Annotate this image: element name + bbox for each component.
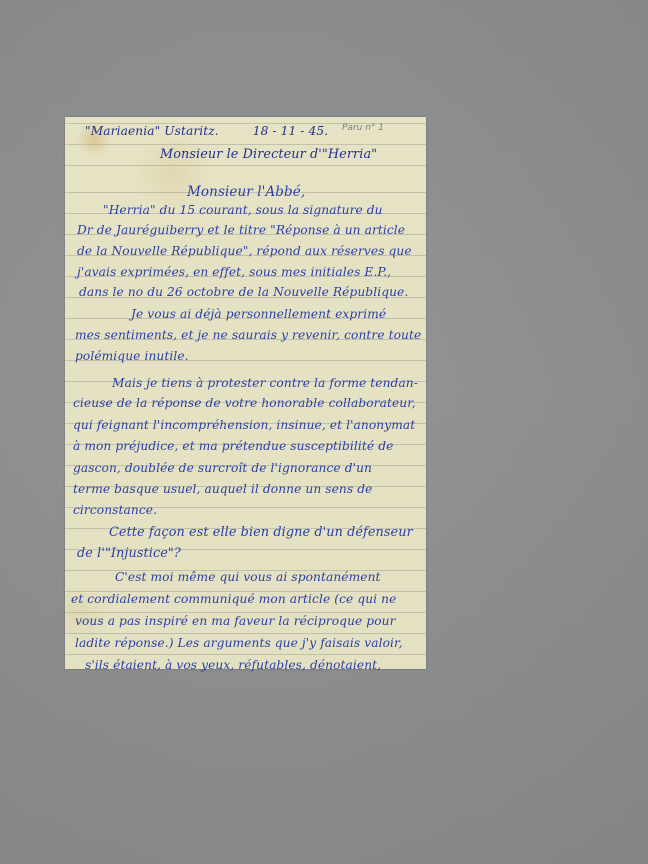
body-line: s'ils étaient, à vos yeux, réfutables, d… — [85, 658, 426, 672]
body-line: dans le no du 26 octobre de la Nouvelle … — [79, 285, 426, 299]
body-line: et cordialement communiqué mon article (… — [71, 592, 426, 606]
body-line: qui feignant l'incompréhension, insinue,… — [73, 418, 426, 432]
salutation: Monsieur l'Abbé, — [187, 184, 426, 200]
letter-date: 18 - 11 - 45. — [253, 124, 328, 138]
body-line: terme basque usuel, auquel il donne un s… — [73, 482, 426, 496]
sender-location: "Mariaenia" Ustaritz. — [85, 124, 219, 138]
body-line: ladite réponse.) Les arguments que j'y f… — [75, 636, 426, 650]
body-line: mes sentiments, et je ne saurais y reven… — [75, 328, 426, 342]
body-line: polémique inutile. — [75, 349, 426, 363]
body-line: à mon préjudice, et ma prétendue suscept… — [73, 439, 426, 453]
body-line: "Herria" du 15 courant, sous la signatur… — [103, 203, 426, 217]
letter-header: "Mariaenia" Ustaritz. 18 - 11 - 45. — [85, 124, 426, 138]
body-line: cieuse de la réponse de votre honorable … — [73, 396, 426, 410]
body-line: Mais je tiens à protester contre la form… — [112, 376, 426, 390]
body-line: j'avais exprimées, en effet, sous mes in… — [77, 265, 426, 279]
body-line: de la Nouvelle République", répond aux r… — [77, 244, 426, 258]
body-line: de l'"Injustice"? — [77, 546, 426, 561]
body-line: vous a pas inspiré en ma faveur la récip… — [75, 614, 426, 628]
letter-sheet: Paru n° 1 "Mariaenia" Ustaritz. 18 - 11 … — [65, 117, 426, 669]
body-line: Cette façon est elle bien digne d'un déf… — [109, 525, 426, 540]
body-line: Dr de Jauréguiberry et le titre "Réponse… — [77, 223, 426, 237]
addressee: Monsieur le Directeur d'"Herria" — [160, 147, 426, 162]
body-line: circonstance. — [73, 503, 426, 517]
body-line: C'est moi même qui vous ai spontanément — [115, 570, 426, 584]
body-line: Je vous ai déjà personnellement exprimé — [131, 307, 426, 321]
body-line: gascon, doublée de surcroît de l'ignoran… — [73, 461, 426, 475]
